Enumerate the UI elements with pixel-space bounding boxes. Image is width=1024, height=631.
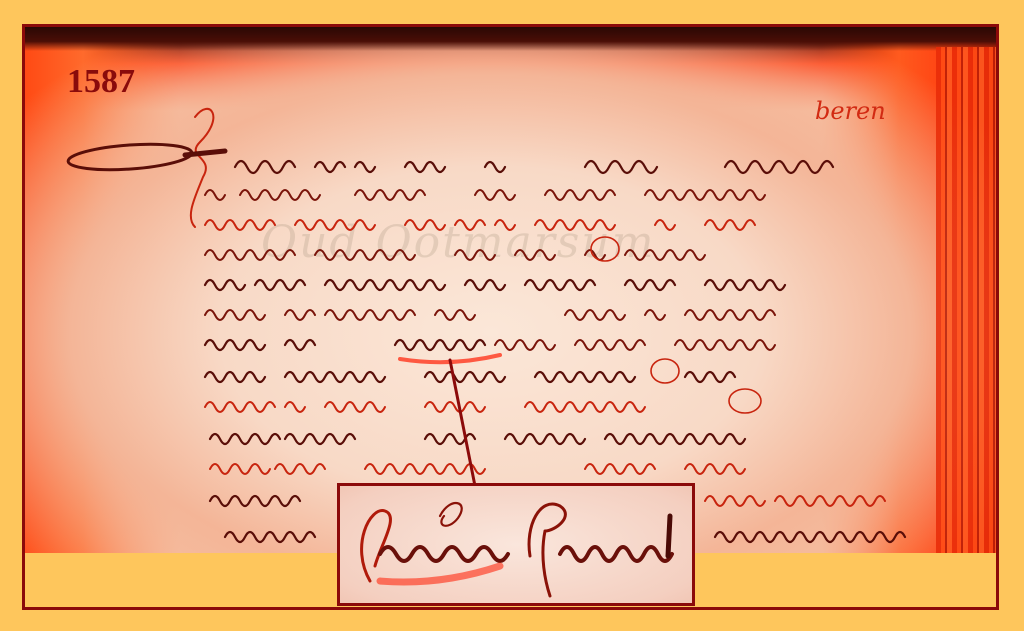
margin-note: beren bbox=[815, 97, 886, 125]
signature-inset bbox=[337, 483, 695, 606]
manuscript-image: Oud Ootmarsum bbox=[25, 27, 996, 553]
year-label: 1587 bbox=[67, 63, 135, 101]
signature-magnified bbox=[340, 486, 692, 603]
